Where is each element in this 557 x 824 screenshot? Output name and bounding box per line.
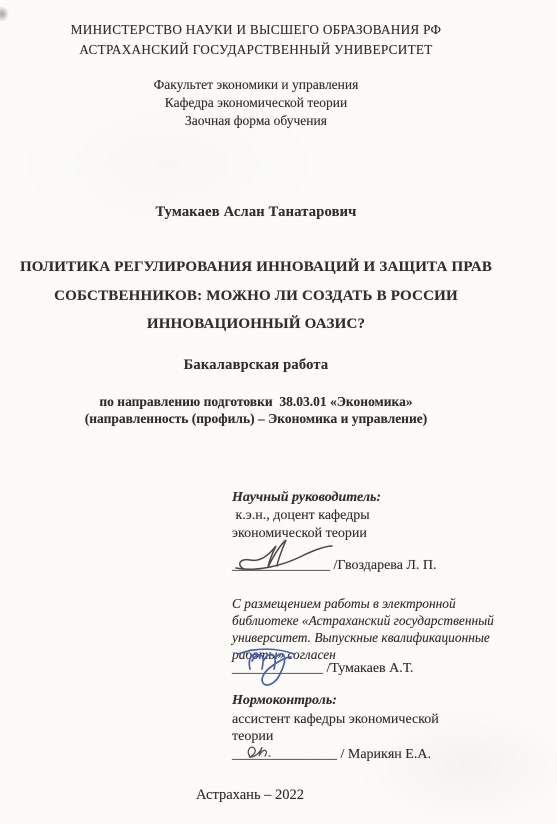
supervisor-heading: Научный руководитель: [232,489,381,507]
department-line: Кафедра экономической теории [0,94,512,112]
university-line: АСТРАХАНСКИЙ ГОСУДАРСТВЕННЫЙ УНИВЕРСИТЕТ [0,40,512,60]
consent-line1: С размещением работы в электронной [232,595,532,612]
ministry-line: МИНИСТЕРСТВО НАУКИ И ВЫСШЕГО ОБРАЗОВАНИЯ… [0,20,512,40]
thesis-title-line2: СОБСТВЕННИКОВ: МОЖНО ЛИ СОЗДАТЬ В РОССИИ [0,282,512,311]
program-block: по направлению подготовки 38.03.01 «Экон… [0,393,512,427]
program-line1: по направлению подготовки 38.03.01 «Экон… [0,393,512,410]
normcontrol-name: / Марикян Е.А. [337,747,431,762]
thesis-title-line1: ПОЛИТИКА РЕГУЛИРОВАНИЯ ИННОВАЦИЙ И ЗАЩИТ… [0,253,512,282]
consent-signature [236,641,332,697]
supervisor-degree-line1: к.э.н., доцент кафедры [232,507,370,525]
consent-line2: библиотеке «Астраханский государственный [232,612,532,629]
thesis-title: ПОЛИТИКА РЕГУЛИРОВАНИЯ ИННОВАЦИЙ И ЗАЩИТ… [0,253,512,339]
thesis-title-page: МИНИСТЕРСТВО НАУКИ И ВЫСШЕГО ОБРАЗОВАНИЯ… [0,0,557,824]
author-name: Тумакаев Аслан Танатарович [0,204,512,221]
study-form-line: Заочная форма обучения [0,112,512,130]
ministry-header: МИНИСТЕРСТВО НАУКИ И ВЫСШЕГО ОБРАЗОВАНИЯ… [0,20,512,60]
supervisor-signature [232,537,336,575]
faculty-line: Факультет экономики и управления [0,76,512,94]
city-year-footer: Астрахань – 2022 [0,787,500,804]
program-line2: (направленность (профиль) – Экономика и … [0,410,512,427]
thesis-title-line3: ИННОВАЦИОННЫЙ ОАЗИС? [0,310,512,339]
normcontrol-signature [241,743,279,765]
supervisor-name: /Гвоздарева Л. П. [330,558,437,573]
faculty-block: Факультет экономики и управления Кафедра… [0,76,512,130]
normcontrol-position-line1: ассистент кафедры экономической [232,711,439,729]
consent-author-name: /Тумакаев А.Т. [323,661,413,676]
work-type: Бакалаврская работа [0,357,512,374]
normcontrol-heading: Нормоконтроль: [232,692,337,710]
